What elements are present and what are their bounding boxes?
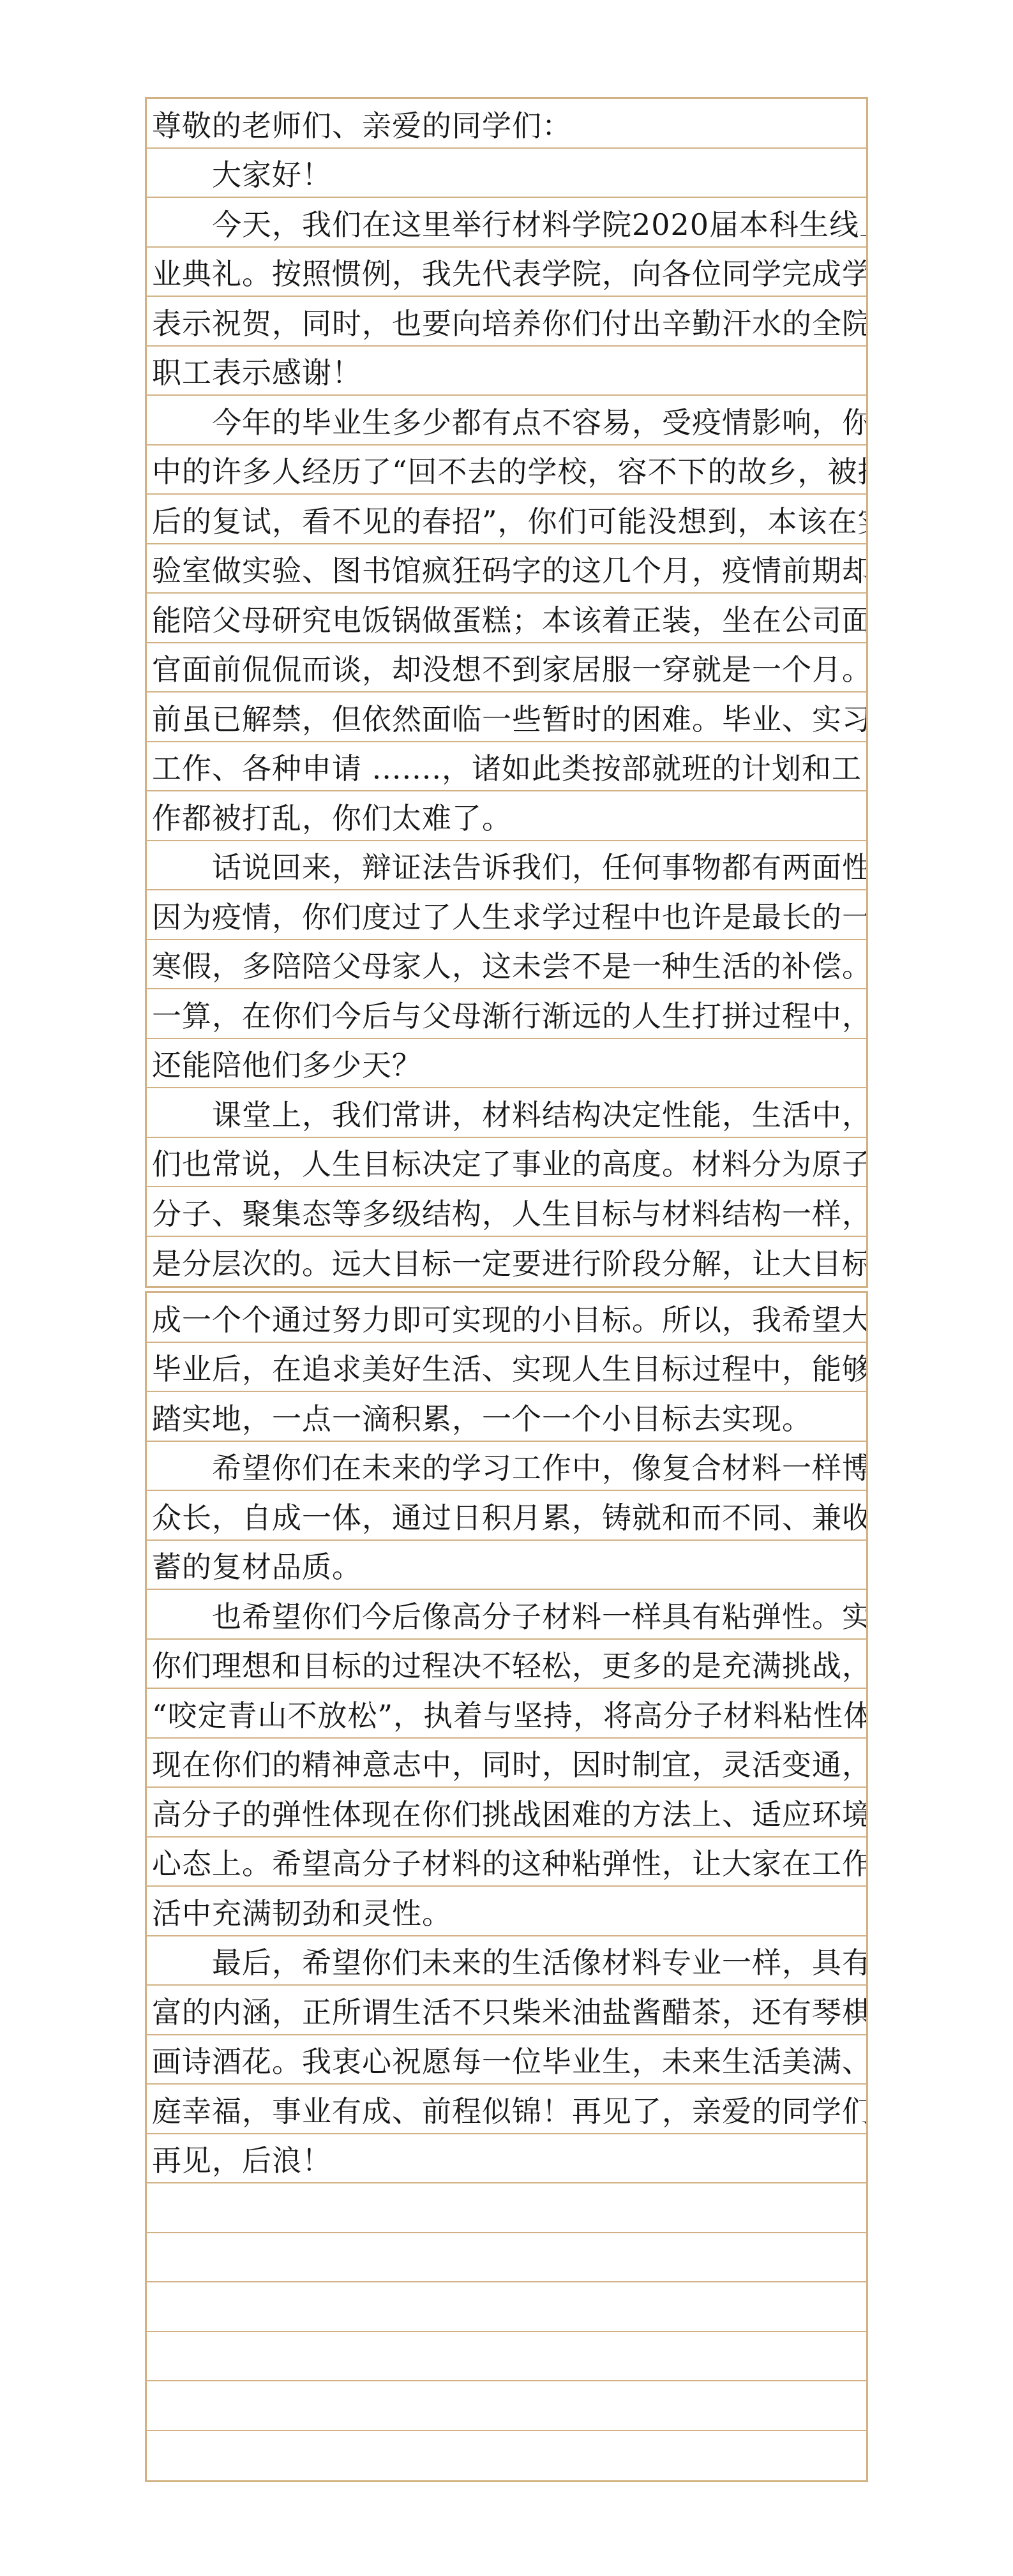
empty-row bbox=[147, 2183, 866, 2233]
text-row: 众长，自成一体，通过日积月累，铸就和而不同、兼收并 bbox=[147, 1491, 866, 1541]
text-row: 作都被打乱，你们太难了。 bbox=[147, 791, 866, 841]
speech-paper-page-1: 尊敬的老师们、亲爱的同学们： 大家好！ 今天，我们在这里举行材料学院2020届本… bbox=[145, 97, 868, 1288]
text-row: 话说回来，辩证法告诉我们，任何事物都有两面性， bbox=[147, 841, 866, 891]
text-row: 官面前侃侃而谈，却没想不到家居服一穿就是一个月。目 bbox=[147, 643, 866, 693]
text-row: 因为疫情，你们度过了人生求学过程中也许是最长的一个 bbox=[147, 890, 866, 940]
text-row: 工作、各种申请 .......，诸如此类按部就班的计划和工 bbox=[147, 742, 866, 792]
text-row: 还能陪他们多少天？ bbox=[147, 1039, 866, 1089]
text-row: 中的许多人经历了“回不去的学校，容不下的故乡，被推 bbox=[147, 446, 866, 495]
text-row: 分子、聚集态等多级结构，人生目标与材料结构一样，也 bbox=[147, 1187, 866, 1237]
text-row: 希望你们在未来的学习工作中，像复合材料一样博采 bbox=[147, 1442, 866, 1492]
text-row: 今天，我们在这里举行材料学院2020届本科生线上毕 bbox=[147, 198, 866, 248]
text-row: 前虽已解禁，但依然面临一些暂时的困难。毕业、实习、 bbox=[147, 693, 866, 742]
text-row: 蓄的复材品质。 bbox=[147, 1541, 866, 1591]
text-row: 验室做实验、图书馆疯狂码字的这几个月，疫情前期却只 bbox=[147, 544, 866, 594]
text-row: 心态上。希望高分子材料的这种粘弹性，让大家在工作生 bbox=[147, 1838, 866, 1887]
text-row: 再见，后浪！ bbox=[147, 2134, 866, 2184]
text-row: “咬定青山不放松”，执着与坚持，将高分子材料粘性体 bbox=[147, 1689, 866, 1739]
text-row: 今年的毕业生多少都有点不容易，受疫情影响，你们 bbox=[147, 396, 866, 446]
text-row: 毕业后，在追求美好生活、实现人生目标过程中，能够脚 bbox=[147, 1343, 866, 1393]
page-background: 尊敬的老师们、亲爱的同学们： 大家好！ 今天，我们在这里举行材料学院2020届本… bbox=[0, 0, 1013, 2576]
empty-row bbox=[147, 2282, 866, 2332]
empty-row bbox=[147, 2233, 866, 2283]
text-row: 寒假，多陪陪父母家人，这未尝不是一种生活的补偿。算 bbox=[147, 940, 866, 990]
text-row: 能陪父母研究电饭锅做蛋糕；本该着正装，坐在公司面试 bbox=[147, 594, 866, 643]
text-row: 现在你们的精神意志中，同时，因时制宜，灵活变通，将 bbox=[147, 1739, 866, 1788]
text-row: 庭幸福，事业有成、前程似锦！再见了，亲爱的同学们， bbox=[147, 2085, 866, 2134]
text-row: 也希望你们今后像高分子材料一样具有粘弹性。实现 bbox=[147, 1590, 866, 1640]
text-row: 活中充满韧劲和灵性。 bbox=[147, 1887, 866, 1936]
text-row: 成一个个通过努力即可实现的小目标。所以，我希望大家 bbox=[147, 1293, 866, 1343]
text-row: 富的内涵，正所谓生活不只柴米油盐酱醋茶，还有琴棋书 bbox=[147, 1986, 866, 2035]
text-row: 们也常说，人生目标决定了事业的高度。材料分为原子、 bbox=[147, 1138, 866, 1188]
text-row: 高分子的弹性体现在你们挑战困难的方法上、适应环境的 bbox=[147, 1788, 866, 1838]
text-row: 大家好！ bbox=[147, 149, 866, 198]
text-row: 业典礼。按照惯例，我先代表学院，向各位同学完成学业 bbox=[147, 248, 866, 297]
text-row: 你们理想和目标的过程决不轻松，更多的是充满挑战， bbox=[147, 1640, 866, 1689]
text-row: 最后，希望你们未来的生活像材料专业一样，具有丰 bbox=[147, 1936, 866, 1986]
text-row: 职工表示感谢！ bbox=[147, 347, 866, 396]
text-row: 后的复试，看不见的春招”，你们可能没想到，本该在实 bbox=[147, 495, 866, 544]
speech-paper-page-2: 成一个个通过努力即可实现的小目标。所以，我希望大家毕业后，在追求美好生活、实现人… bbox=[145, 1291, 868, 2482]
empty-row bbox=[147, 2431, 866, 2481]
text-row: 表示祝贺，同时，也要向培养你们付出辛勤汗水的全院教 bbox=[147, 297, 866, 347]
text-row: 是分层次的。远大目标一定要进行阶段分解，让大目标变 bbox=[147, 1237, 866, 1287]
text-row: 尊敬的老师们、亲爱的同学们： bbox=[147, 99, 866, 149]
text-row: 踏实地，一点一滴积累，一个一个小目标去实现。 bbox=[147, 1392, 866, 1442]
text-row: 一算，在你们今后与父母渐行渐远的人生打拼过程中，你 bbox=[147, 989, 866, 1039]
empty-row bbox=[147, 2332, 866, 2382]
text-row: 课堂上，我们常讲，材料结构决定性能，生活中，我 bbox=[147, 1088, 866, 1138]
text-row: 画诗酒花。我衷心祝愿每一位毕业生，未来生活美满、家 bbox=[147, 2035, 866, 2085]
empty-row bbox=[147, 2381, 866, 2431]
